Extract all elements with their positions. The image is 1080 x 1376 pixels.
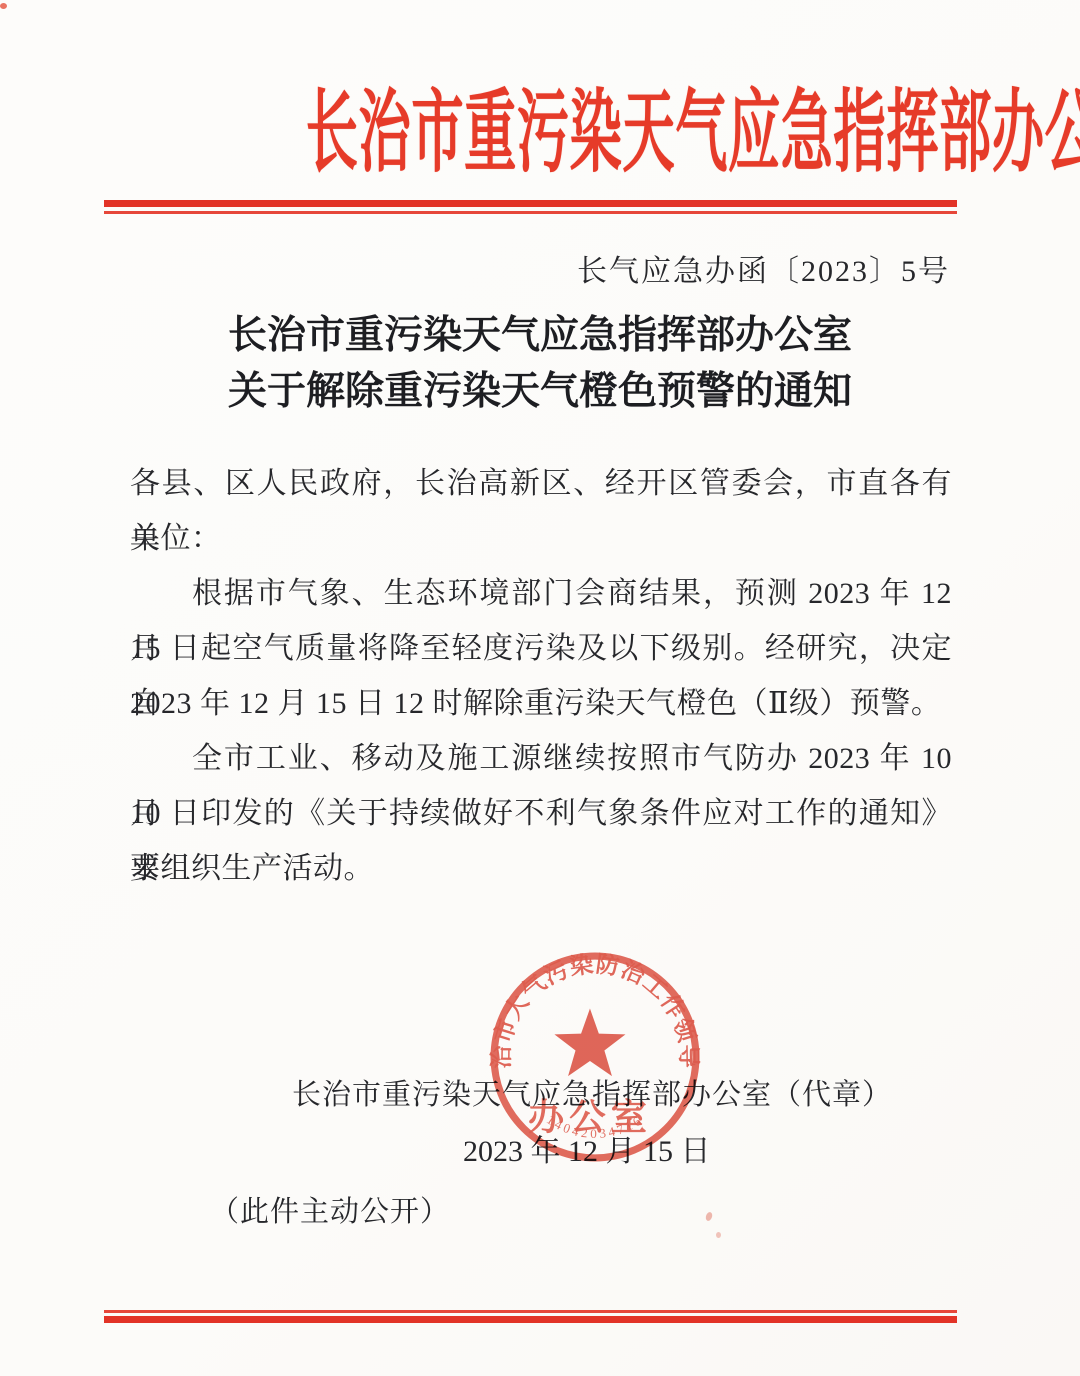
document-page: 长治市重污染天气应急指挥部办公室 长气应急办函〔2023〕5号 长治市重污染天气… (0, 0, 1080, 1376)
masthead: 长治市重污染天气应急指挥部办公室 (0, 84, 1080, 183)
masthead-title: 长治市重污染天气应急指挥部办公室 (306, 84, 1080, 183)
body-line: 10 日印发的《关于持续做好不利气象条件应对工作的通知》要 (130, 786, 952, 841)
notice-title-line1: 长治市重污染天气应急指挥部办公室 (0, 308, 1080, 364)
seal-star-icon (554, 1009, 625, 1077)
body-line: 15 日起空气质量将降至轻度污染及以下级别。经研究，决定自 (130, 621, 952, 676)
footer-rule-thin (104, 1310, 957, 1313)
body-line: 单位： (130, 511, 952, 566)
public-disclosure-note: （此件主动公开） (210, 1196, 450, 1228)
official-seal: 长治市大气污染防治工作领导组 办公室 14042034716 (486, 948, 704, 1166)
notice-title-line2: 关于解除重污染天气橙色预警的通知 (0, 364, 1080, 420)
ink-speck (705, 1211, 714, 1222)
footer-rule-thick (104, 1316, 957, 1323)
notice-title: 长治市重污染天气应急指挥部办公室 关于解除重污染天气橙色预警的通知 (0, 308, 1080, 420)
body-line: 各县、区人民政府，长治高新区、经开区管委会，市直各有关 (130, 456, 952, 511)
doc-number: 长气应急办函〔2023〕5号 (577, 246, 950, 290)
body-line: 2023 年 12 月 15 日 12 时解除重污染天气橙色（Ⅱ级）预警。 (130, 676, 952, 731)
header-rule-thin (104, 211, 957, 214)
ink-speck (0, 3, 7, 9)
body-line: 求组织生产活动。 (130, 841, 952, 896)
ink-speck (716, 1232, 721, 1238)
body-text: 各县、区人民政府，长治高新区、经开区管委会，市直各有关 单位： 根据市气象、生态… (130, 456, 952, 896)
body-line: 根据市气象、生态环境部门会商结果，预测 2023 年 12 月 (130, 566, 952, 621)
header-rule-thick (104, 200, 957, 207)
body-line: 全市工业、移动及施工源继续按照市气防办 2023 年 10 月 (130, 731, 952, 786)
